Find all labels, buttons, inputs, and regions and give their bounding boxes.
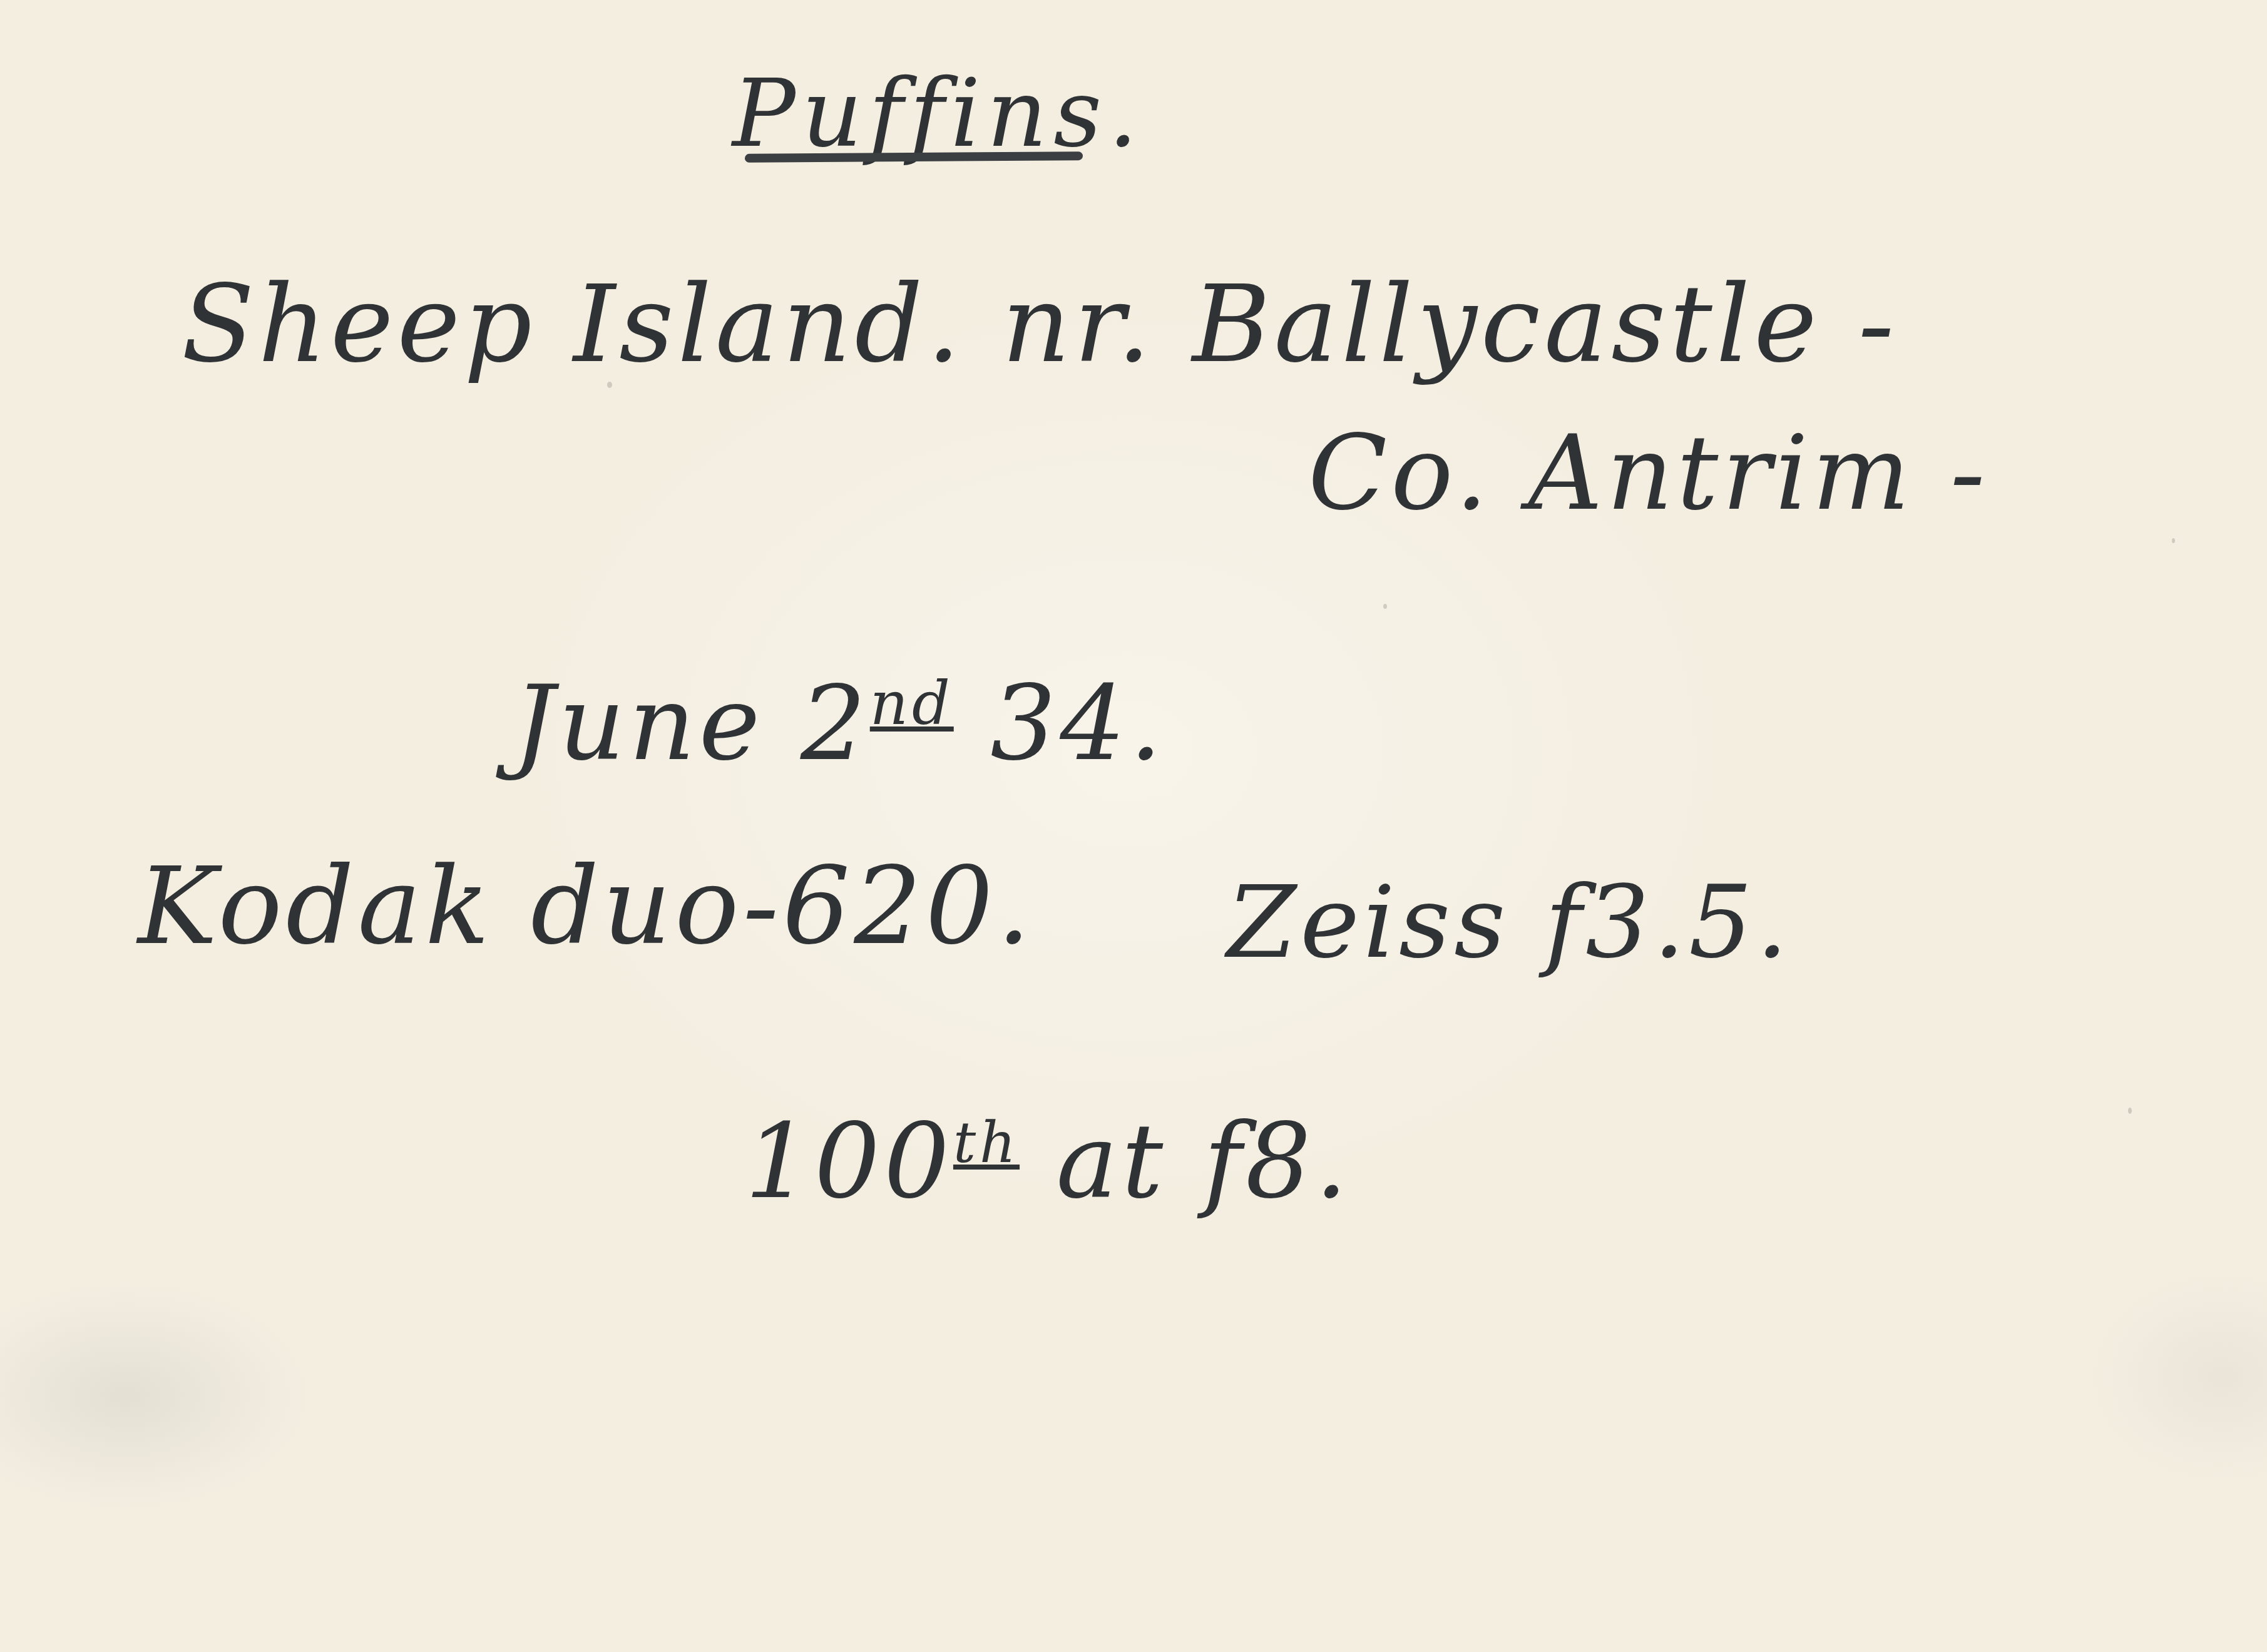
ink-speck: [2128, 1108, 2132, 1114]
exposure-rest: at f8.: [1020, 1101, 1351, 1221]
exposure-line: 100th at f8.: [745, 1101, 1351, 1221]
paper-card: Puffins. Sheep Island. nr. Ballycastle -…: [0, 0, 2267, 1652]
ink-speck: [1383, 604, 1387, 609]
date-year: 34.: [954, 663, 1166, 783]
date-line: June 2nd 34.: [513, 663, 1166, 783]
exposure-ordinal-suffix: th: [953, 1110, 1020, 1176]
date-ordinal-suffix: nd: [870, 670, 954, 738]
location-line-1: Sheep Island. nr. Ballycastle -: [182, 263, 1898, 387]
camera-line: Kodak duo-620.: [138, 845, 1035, 969]
ink-speck: [607, 382, 612, 388]
ink-speck: [2172, 538, 2175, 543]
lens-line: Zeiss f3.5.: [1227, 864, 1792, 981]
location-line-2: Co. Antrim -: [1308, 413, 1989, 533]
date-main: June 2: [513, 663, 870, 783]
exposure-main: 100: [745, 1101, 953, 1221]
